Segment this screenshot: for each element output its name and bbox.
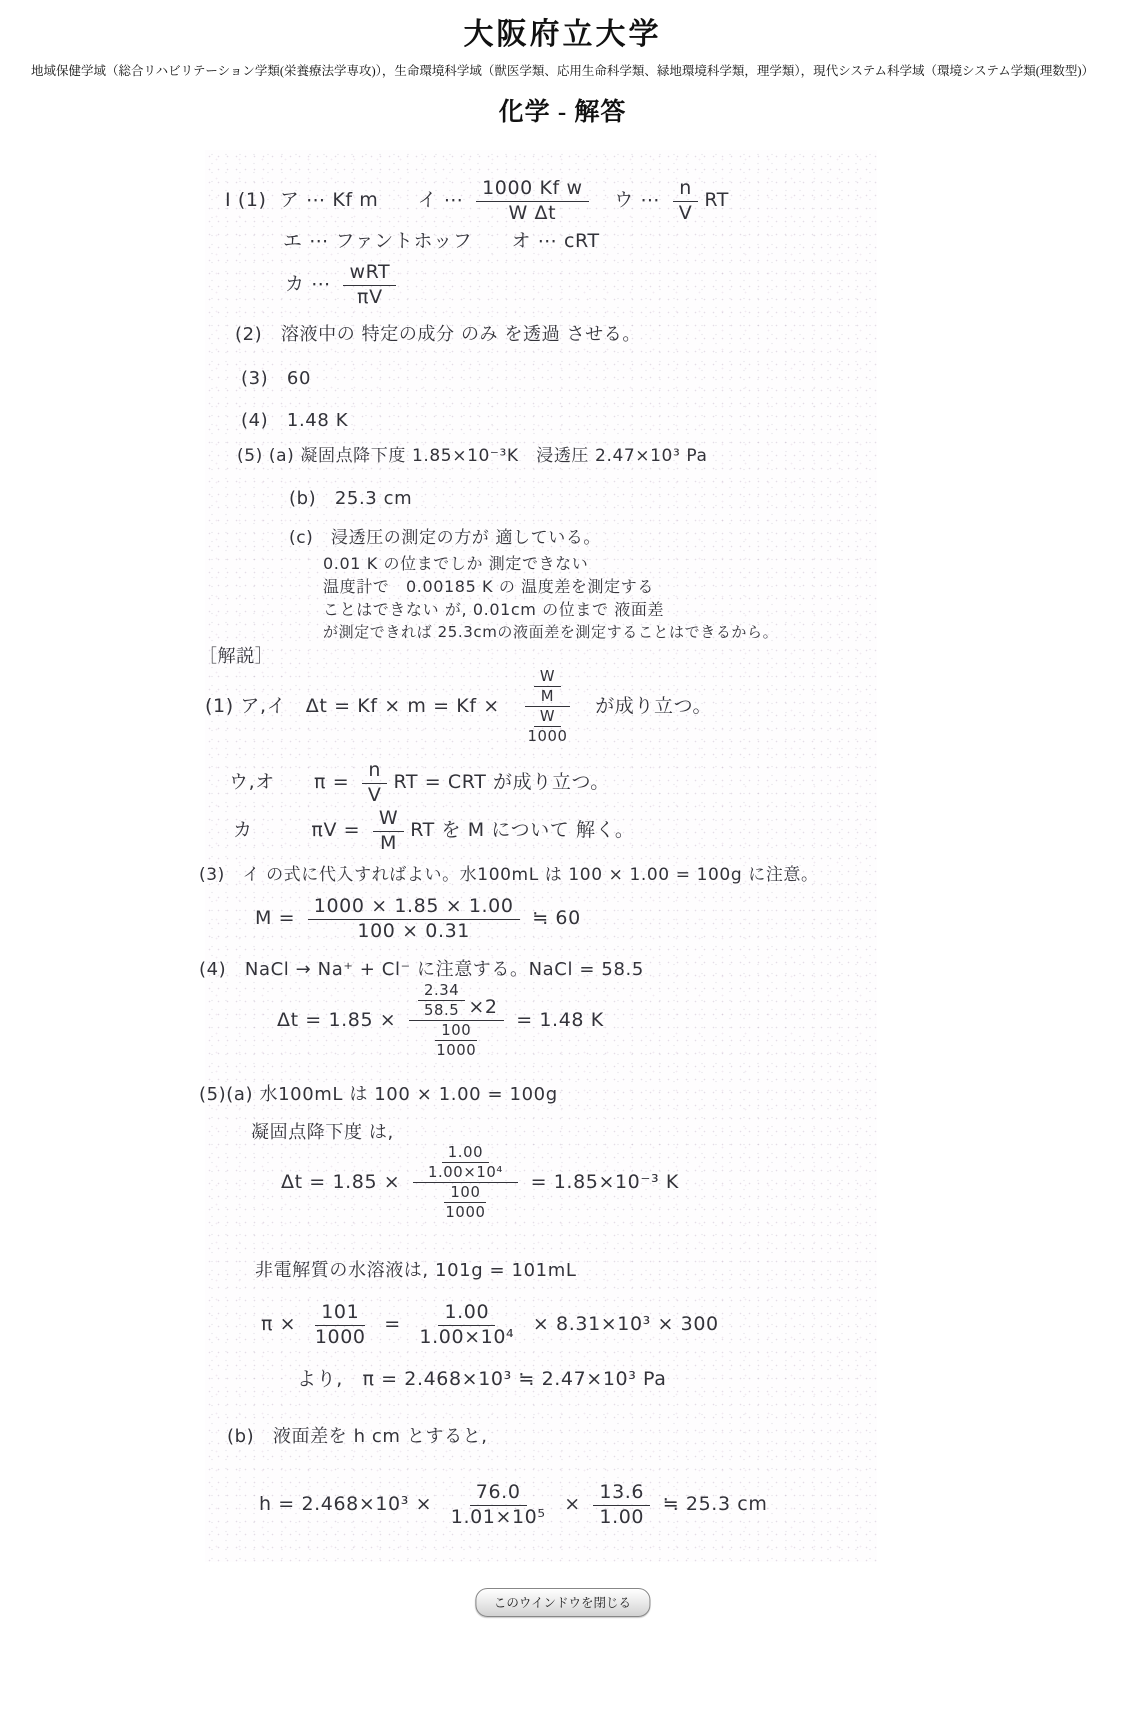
- handwritten-line: 凝固点降下度 は,: [251, 1122, 394, 1145]
- text-segment: 1000: [315, 1327, 366, 1349]
- text-segment: RT を M について 解く。: [410, 819, 634, 843]
- text-segment: =: [378, 1313, 408, 1337]
- text-segment: (4) 1.48 K: [241, 410, 348, 433]
- fraction: WM: [534, 668, 561, 705]
- text-segment: ×2: [468, 997, 497, 1019]
- fraction: 1000 Kf wW Δt: [476, 178, 589, 225]
- handwritten-line: (1) ア,イ Δt = Kf × m = Kf × WMW1000 が成り立つ…: [205, 668, 712, 745]
- fraction-numerator: 1.00: [442, 1144, 489, 1163]
- text-segment: n: [679, 178, 692, 200]
- handwritten-line: (c) 浸透圧の測定の方が 適している。: [289, 528, 601, 549]
- handwritten-line: より, π = 2.468×10³ ≒ 2.47×10³ Pa: [297, 1368, 667, 1392]
- text-segment: W: [540, 668, 555, 685]
- text-segment: 非電解質の水溶液は, 101g = 101mL: [255, 1260, 576, 1283]
- fraction-numerator: WM: [525, 668, 570, 707]
- handwritten-line: (3) 60: [241, 368, 311, 391]
- text-segment: (b) 液面差を h cm とすると,: [227, 1426, 488, 1449]
- fraction: 1.001.00×10⁴: [422, 1144, 509, 1181]
- text-segment: ≒ 25.3 cm: [656, 1493, 767, 1517]
- text-segment: ≒ 60: [526, 907, 581, 931]
- handwritten-line: Δt = 1.85 × 2.3458.5×21001000 = 1.48 K: [277, 982, 604, 1059]
- page-header: 大阪府立大学 地域保健学域（総合リハビリテーション学類(栄養療法学専攻)），生命…: [0, 0, 1125, 128]
- fraction-denominator: 58.5: [418, 1001, 465, 1019]
- text-segment: 1000: [527, 728, 567, 745]
- text-segment: ウ ⋯: [595, 189, 667, 213]
- handwritten-line: (4) NaCl → Na⁺ + Cl⁻ に注意する。NaCl = 58.5: [199, 959, 644, 982]
- text-segment: イ ⋯: [418, 189, 470, 213]
- fraction-denominator: 1000: [309, 1326, 372, 1349]
- fraction-numerator: 13.6: [593, 1482, 650, 1506]
- handwritten-line: (2) 溶液中の 特定の成分 のみ を透過 させる。: [235, 324, 641, 347]
- fraction: 1.001.00×10⁴1001000: [413, 1144, 518, 1221]
- fraction-numerator: 2.34: [418, 982, 465, 1001]
- text-segment: (2) 溶液中の 特定の成分 のみ を透過 させる。: [235, 324, 641, 347]
- text-segment: (3) イ の式に代入すればよい。水100mL は 100 × 1.00 = 1…: [199, 865, 819, 886]
- text-segment: より, π = 2.468×10³ ≒ 2.47×10³ Pa: [297, 1368, 667, 1392]
- fraction-denominator: V: [673, 202, 699, 225]
- text-segment: M: [380, 833, 397, 855]
- handwritten-line: ことはできない が, 0.01cm の位まで 液面差: [323, 600, 664, 620]
- fraction: 1001000: [430, 1022, 482, 1059]
- fraction: 13.61.00: [593, 1482, 650, 1529]
- text-segment: 0.01 K の位までしか 測定できない: [323, 554, 588, 574]
- text-segment: Ⅰ (1) ア ⋯ Kf m: [225, 189, 378, 213]
- fraction-numerator: wRT: [343, 262, 396, 286]
- text-segment: 1.01×10⁵: [451, 1507, 546, 1529]
- text-segment: π ×: [261, 1313, 303, 1337]
- fraction-numerator: 1000 Kf w: [476, 178, 589, 202]
- fraction-denominator: 100 × 0.31: [351, 920, 476, 943]
- text-segment: 1000 × 1.85 × 1.00: [314, 896, 514, 918]
- text-segment: (b) 25.3 cm: [289, 488, 412, 511]
- fraction-denominator: W1000: [512, 707, 582, 745]
- text-segment: h = 2.468×10³ ×: [259, 1493, 439, 1517]
- text-segment: ことはできない が, 0.01cm の位まで 液面差: [323, 600, 664, 620]
- text-segment: 凝固点降下度 は,: [251, 1122, 394, 1145]
- handwritten-line: カ ⋯ wRTπV: [285, 262, 402, 309]
- handwritten-line: カ πV = WMRT を M について 解く。: [233, 808, 634, 855]
- fraction-denominator: V: [362, 784, 388, 807]
- text-segment: 58.5: [424, 1002, 459, 1019]
- text-segment: 2.34: [424, 982, 459, 999]
- text-segment: 100 × 0.31: [357, 921, 470, 943]
- text-segment: = 1.85×10⁻³ K: [524, 1171, 679, 1195]
- fraction: wRTπV: [343, 262, 396, 309]
- text-segment: 1.00×10⁴: [428, 1164, 503, 1181]
- fraction-denominator: W Δt: [503, 202, 563, 225]
- text-segment: が成り立つ。: [589, 695, 712, 719]
- text-segment: 1.00×10⁴: [419, 1327, 514, 1349]
- text-segment: カ ⋯: [285, 273, 337, 297]
- text-segment: エ ⋯ ファントホッフ オ ⋯ cRT: [283, 230, 600, 254]
- fraction-denominator: 1.00×10⁴: [413, 1326, 520, 1349]
- text-segment: (c) 浸透圧の測定の方が 適している。: [289, 528, 601, 549]
- fraction: 2.3458.5×21001000: [409, 982, 504, 1059]
- fraction-denominator: M: [374, 832, 403, 855]
- text-segment: が測定できれば 25.3cmの液面差を測定することはできるから。: [323, 623, 778, 642]
- fraction-numerator: W: [534, 668, 561, 687]
- text-segment: πV: [357, 287, 383, 309]
- fraction-denominator: 1000: [439, 1203, 491, 1221]
- fraction-numerator: 1000 × 1.85 × 1.00: [308, 896, 520, 920]
- handwritten-line: (3) イ の式に代入すればよい。水100mL は 100 × 1.00 = 1…: [199, 865, 819, 886]
- fraction: nV: [673, 178, 699, 225]
- handwritten-line: ウ,オ π = nVRT = CRT が成り立つ。: [229, 760, 610, 807]
- fraction-numerator: n: [673, 178, 698, 202]
- text-segment: = 1.48 K: [510, 1009, 604, 1033]
- text-segment: wRT: [349, 262, 390, 284]
- text-segment: カ πV =: [233, 819, 367, 843]
- text-segment: (1) ア,イ Δt = Kf × m = Kf ×: [205, 695, 506, 719]
- handwritten-line: が測定できれば 25.3cmの液面差を測定することはできるから。: [323, 623, 778, 642]
- text-segment: 76.0: [476, 1482, 521, 1504]
- fraction-denominator: πV: [351, 286, 389, 309]
- text-segment: RT: [704, 189, 729, 213]
- handwritten-line: (5)(a) 水100mL は 100 × 1.00 = 100g: [199, 1084, 558, 1107]
- fraction: nV: [362, 760, 388, 807]
- text-segment: W: [540, 708, 555, 725]
- fraction: W1000: [521, 708, 573, 745]
- fraction-numerator: 100: [435, 1022, 477, 1041]
- text-segment: V: [679, 203, 693, 225]
- text-segment: [378, 189, 417, 213]
- text-segment: (5)(a) 水100mL は 100 × 1.00 = 100g: [199, 1084, 558, 1107]
- fraction-denominator: M: [535, 687, 560, 705]
- text-segment: 1.00: [599, 1507, 644, 1529]
- text-segment: ［解説］: [199, 646, 273, 669]
- handwritten-line: π × 1011000 = 1.001.00×10⁴ × 8.31×10³ × …: [261, 1302, 719, 1349]
- fraction: 1.001.00×10⁴: [413, 1302, 520, 1349]
- handwritten-line: 温度計で 0.00185 K の 温度差を測定する: [323, 577, 654, 597]
- text-segment: 1000: [436, 1042, 476, 1059]
- text-segment: 1.00: [444, 1302, 489, 1324]
- fraction-denominator: 1.01×10⁵: [445, 1506, 552, 1529]
- fraction-numerator: 101: [315, 1302, 365, 1326]
- fraction-denominator: 1.00×10⁴: [422, 1163, 509, 1181]
- fraction: WM: [373, 808, 404, 855]
- text-segment: 100: [450, 1184, 480, 1201]
- text-segment: 100: [441, 1022, 471, 1039]
- handwritten-line: (4) 1.48 K: [241, 410, 348, 433]
- fraction-numerator: 100: [444, 1184, 486, 1203]
- handwritten-line: h = 2.468×10³ × 76.01.01×10⁵ × 13.61.00 …: [259, 1482, 767, 1529]
- text-segment: 101: [321, 1302, 359, 1324]
- text-segment: V: [368, 785, 382, 807]
- fraction: 1000 × 1.85 × 1.00100 × 0.31: [308, 896, 520, 943]
- text-segment: W Δt: [509, 203, 557, 225]
- text-segment: n: [368, 760, 381, 782]
- handwritten-line: (b) 25.3 cm: [289, 488, 412, 511]
- text-segment: RT = CRT が成り立つ。: [394, 771, 610, 795]
- fraction-denominator: 1001000: [430, 1183, 500, 1221]
- text-segment: 1000: [445, 1204, 485, 1221]
- handwritten-line: Ⅰ (1) ア ⋯ Kf m イ ⋯ 1000 Kf wW Δt ウ ⋯ nVR…: [225, 178, 729, 225]
- handwritten-line: (b) 液面差を h cm とすると,: [227, 1426, 488, 1449]
- text-segment: M: [541, 688, 554, 705]
- fraction: 76.01.01×10⁵: [445, 1482, 552, 1529]
- fraction-numerator: n: [362, 760, 387, 784]
- text-segment: M =: [255, 907, 302, 931]
- text-segment: 温度計で 0.00185 K の 温度差を測定する: [323, 577, 654, 597]
- fraction-numerator: W: [534, 708, 561, 727]
- answer-scan-image: Ⅰ (1) ア ⋯ Kf m イ ⋯ 1000 Kf wW Δt ウ ⋯ nVR…: [205, 150, 877, 1562]
- fraction-denominator: 1001000: [421, 1021, 491, 1059]
- fraction-denominator: 1000: [430, 1041, 482, 1059]
- fraction: 1011000: [309, 1302, 372, 1349]
- fraction-numerator: 76.0: [470, 1482, 527, 1506]
- handwritten-line: 非電解質の水溶液は, 101g = 101mL: [255, 1260, 576, 1283]
- fraction-denominator: 1.00: [593, 1506, 650, 1529]
- handwritten-line: M = 1000 × 1.85 × 1.00100 × 0.31 ≒ 60: [255, 896, 581, 943]
- handwritten-line: (5) (a) 凝固点降下度 1.85×10⁻³K 浸透圧 2.47×10³ P…: [237, 446, 708, 467]
- text-segment: ×: [558, 1493, 588, 1517]
- text-segment: (3) 60: [241, 368, 311, 391]
- close-window-button[interactable]: このウインドウを閉じる: [475, 1588, 650, 1617]
- text-segment: 1.00: [448, 1144, 483, 1161]
- faculties-line: 地域保健学域（総合リハビリテーション学類(栄養療法学専攻)），生命環境科学域（獣…: [0, 61, 1125, 79]
- subject-title: 化学 - 解答: [0, 92, 1125, 128]
- handwritten-line: エ ⋯ ファントホッフ オ ⋯ cRT: [283, 230, 600, 254]
- text-segment: (5) (a) 凝固点降下度 1.85×10⁻³K 浸透圧 2.47×10³ P…: [237, 446, 708, 467]
- text-segment: Δt = 1.85 ×: [277, 1009, 403, 1033]
- fraction: 2.3458.5: [418, 982, 465, 1019]
- text-segment: × 8.31×10³ × 300: [526, 1313, 718, 1337]
- fraction-numerator: 1.00: [438, 1302, 495, 1326]
- handwritten-line: ［解説］: [199, 646, 273, 669]
- text-segment: W: [379, 808, 398, 830]
- fraction-denominator: 1000: [521, 727, 573, 745]
- university-title: 大阪府立大学: [0, 9, 1125, 53]
- fraction-numerator: 2.3458.5×2: [409, 982, 504, 1021]
- text-segment: 13.6: [599, 1482, 644, 1504]
- text-segment: 1000 Kf w: [482, 178, 583, 200]
- fraction-numerator: W: [373, 808, 404, 832]
- handwritten-line: Δt = 1.85 × 1.001.00×10⁴1001000 = 1.85×1…: [281, 1144, 679, 1221]
- text-segment: (4) NaCl → Na⁺ + Cl⁻ に注意する。NaCl = 58.5: [199, 959, 644, 982]
- fraction-numerator: 1.001.00×10⁴: [413, 1144, 518, 1183]
- fraction: WMW1000: [512, 668, 582, 745]
- handwritten-line: 0.01 K の位までしか 測定できない: [323, 554, 588, 574]
- text-segment: ウ,オ π =: [229, 771, 356, 795]
- fraction: 1001000: [439, 1184, 491, 1221]
- text-segment: Δt = 1.85 ×: [281, 1171, 407, 1195]
